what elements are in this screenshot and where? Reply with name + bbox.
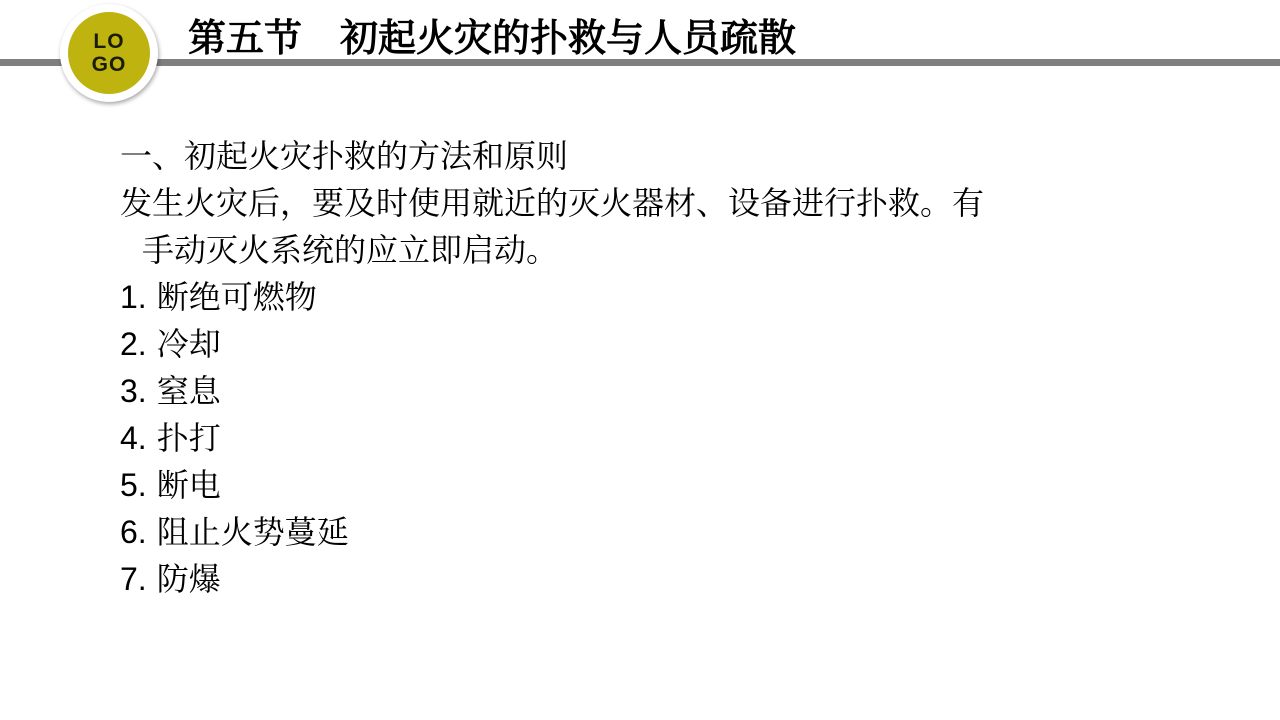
list-item-number: 7. <box>120 556 147 603</box>
list-item-text: 扑打 <box>157 420 221 456</box>
slide-title: 第五节 初起火灾的扑救与人员疏散 <box>188 17 796 61</box>
content-area: 一、初起火灾扑救的方法和原则 发生火灾后，要及时使用就近的灭火器材、设备进行扑救… <box>120 133 984 603</box>
list-item: 7.防爆 <box>120 556 984 603</box>
list-item-number: 5. <box>120 462 147 509</box>
logo-text-top: LO <box>93 30 124 53</box>
list-item-text: 阻止火势蔓延 <box>157 514 349 550</box>
list-item: 4.扑打 <box>120 415 984 462</box>
list-item-number: 1. <box>120 274 147 321</box>
list-item-text: 断电 <box>157 467 221 503</box>
logo-text-bottom: GO <box>92 53 127 76</box>
paragraph-line-2: 手动灭火系统的应立即启动。 <box>120 227 984 274</box>
list-item-text: 断绝可燃物 <box>157 279 317 315</box>
presentation-slide: LO GO 第五节 初起火灾的扑救与人员疏散 一、初起火灾扑救的方法和原则 发生… <box>0 0 1280 720</box>
list-item-number: 2. <box>120 321 147 368</box>
list-item: 2.冷却 <box>120 321 984 368</box>
list-item: 1.断绝可燃物 <box>120 274 984 321</box>
list-item-text: 冷却 <box>157 326 221 362</box>
list-item-number: 4. <box>120 415 147 462</box>
list-item: 3.窒息 <box>120 368 984 415</box>
list-item-text: 防爆 <box>157 561 221 597</box>
list-item: 5.断电 <box>120 462 984 509</box>
list-item: 6.阻止火势蔓延 <box>120 509 984 556</box>
list-item-text: 窒息 <box>157 373 221 409</box>
list-item-number: 3. <box>120 368 147 415</box>
logo-badge: LO GO <box>60 4 158 102</box>
paragraph-line-1: 发生火灾后，要及时使用就近的灭火器材、设备进行扑救。有 <box>120 180 984 227</box>
section-heading: 一、初起火灾扑救的方法和原则 <box>120 133 984 180</box>
list-item-number: 6. <box>120 509 147 556</box>
